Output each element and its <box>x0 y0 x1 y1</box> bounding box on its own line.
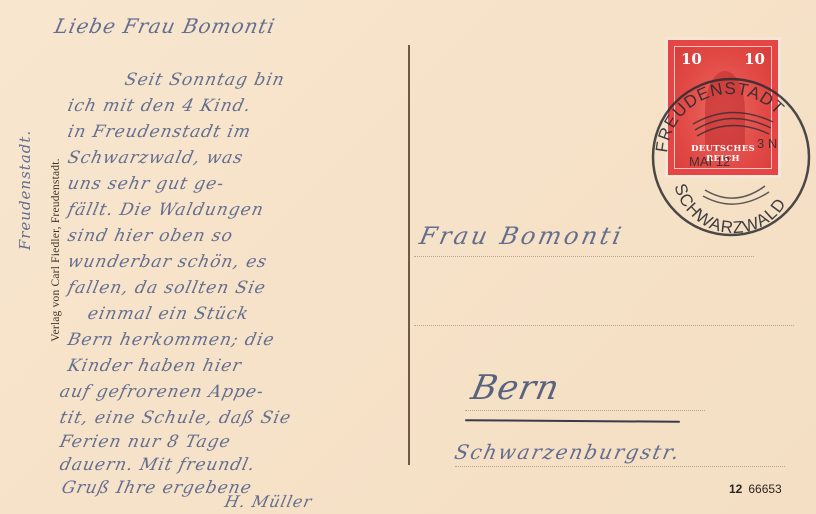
signature: H. Müller <box>223 492 314 511</box>
address-line-1 <box>414 256 754 257</box>
message-line: Schwarzwald, was <box>66 148 245 168</box>
recipient-street: Schwarzenburgstr. <box>452 440 683 464</box>
message-line: auf gefrorenen Appe- <box>58 382 266 402</box>
svg-text:SCHWARZWALD: SCHWARZWALD <box>671 181 791 237</box>
serial-number: 66653 <box>748 482 781 496</box>
address-line-2 <box>414 325 794 326</box>
address-line-4 <box>455 466 785 467</box>
message-line: Kinder haben hier <box>66 356 244 376</box>
postmark-cancellation: FREUDENSTADT SCHWARZWALD MAI 12 3 N <box>645 62 815 237</box>
recipient-city: Bern <box>468 368 564 408</box>
message-line: ich mit den 4 Kind. <box>66 96 253 116</box>
salutation: Liebe Frau Bomonti <box>52 14 277 38</box>
side-note: Freudenstadt. <box>16 130 34 250</box>
message-line: dauern. Mit freundl. <box>58 455 257 475</box>
postmark-region: SCHWARZWALD <box>671 181 791 237</box>
message-line: einmal ein Stück <box>86 304 251 324</box>
card-serial-number: 1266653 <box>729 482 782 496</box>
serial-prefix: 12 <box>729 482 742 496</box>
center-divider <box>408 45 410 465</box>
message-line: Bern herkommen; die <box>66 330 277 350</box>
message-line: fällt. Die Waldungen <box>66 200 266 220</box>
message-line: in Freudenstadt im <box>66 122 253 142</box>
postmark-date: MAI 12 <box>689 154 730 169</box>
message-line: Gruß Ihre ergebene <box>60 478 254 498</box>
city-underline <box>465 419 680 423</box>
postmark-time: 3 N <box>757 136 777 151</box>
message-line: uns sehr gut ge- <box>66 174 226 194</box>
message-line: tit, eine Schule, daß Sie <box>58 408 293 428</box>
message-line: Seit Sonntag bin <box>123 70 287 90</box>
message-line: sind hier oben so <box>66 226 235 246</box>
publisher-imprint: Verlag von Carl Fiedler, Freudenstadt. <box>50 158 62 341</box>
recipient-name: Frau Bomonti <box>417 222 627 250</box>
postcard: Liebe Frau Bomonti Freudenstadt. Verlag … <box>0 0 816 514</box>
message-line: Ferien nur 8 Tage <box>58 432 233 452</box>
message-line: wunderbar schön, es <box>66 252 269 272</box>
address-line-3 <box>465 410 705 411</box>
message-line: fallen, da sollten Sie <box>66 278 268 298</box>
